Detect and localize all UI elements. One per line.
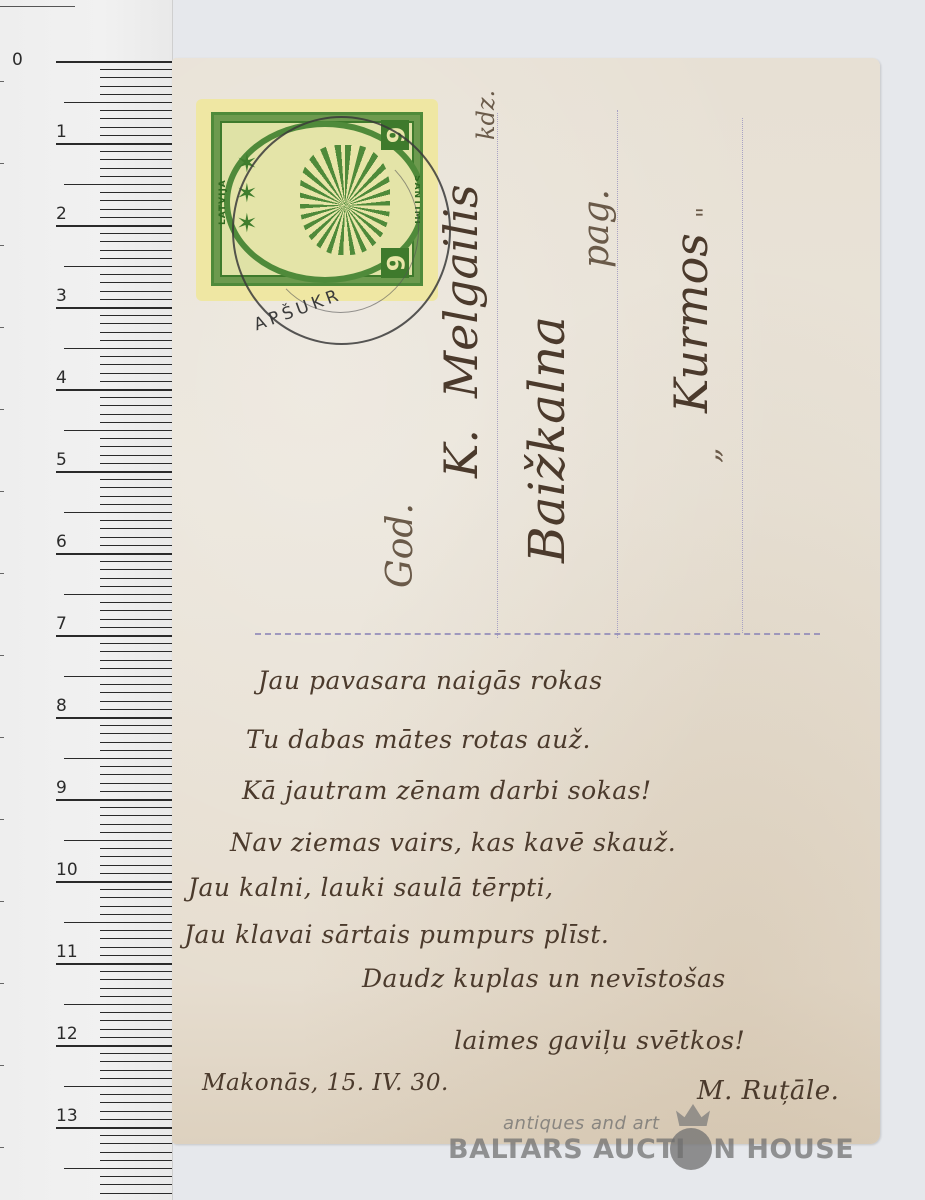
- ruler-tick: [100, 192, 172, 193]
- message-line-4: Nav ziemas vairs, kas kavē skauž.: [230, 828, 676, 857]
- ruler-tick: [56, 307, 172, 309]
- ruler-tick: [100, 274, 172, 275]
- ruler-edge-mark: [0, 901, 4, 902]
- ruler-tick: [100, 578, 172, 579]
- ruler-tick: [100, 815, 172, 816]
- ruler-tick: [100, 643, 172, 644]
- ruler-edge-mark: [0, 983, 4, 984]
- message-line-6: Jau klavai sārtais pumpurs plīst.: [184, 920, 609, 949]
- ruler-tick: [100, 627, 172, 628]
- ruler-tick: [64, 266, 172, 267]
- ruler-tick: [100, 930, 172, 931]
- ruler-edge-mark: [0, 655, 4, 656]
- ruler-tick: [100, 463, 172, 464]
- ruler-label: 1: [56, 124, 67, 141]
- ruler-label: 5: [56, 452, 67, 469]
- ruler-tick: [100, 438, 172, 439]
- ruler-tick: [100, 873, 172, 874]
- ruler-tick: [100, 1053, 172, 1054]
- ruler-tick: [56, 799, 172, 801]
- address-parish: Baižkalna: [518, 316, 576, 563]
- ruler-tick: [100, 733, 172, 734]
- ruler-tick: [100, 824, 172, 825]
- ruler-tick: [100, 651, 172, 652]
- ruler-label: 7: [56, 616, 67, 633]
- ruler-tick: [100, 1176, 172, 1177]
- ruler-tick: [64, 922, 172, 923]
- message-line-3: Kā jautram zēnam darbi sokas!: [242, 776, 652, 805]
- ruler-label: 11: [56, 944, 78, 961]
- ruler-tick: [100, 364, 172, 365]
- ruler-tick: [100, 1193, 172, 1194]
- ruler-edge-mark: [0, 409, 4, 410]
- ruler-tick: [100, 774, 172, 775]
- ruler-tick: [100, 381, 172, 382]
- ruler-tick: [100, 1184, 172, 1185]
- ruler-tick: [100, 356, 172, 357]
- ruler-edge-mark: [0, 491, 4, 492]
- ruler-tick: [100, 86, 172, 87]
- ruler-tick: [100, 979, 172, 980]
- stamp-country-label: LATVIJA: [218, 179, 228, 225]
- ruler-tick: [100, 127, 172, 128]
- ruler-tick: [100, 405, 172, 406]
- ruler-edge-mark: [0, 737, 4, 738]
- watermark-tagline: antiques and art: [503, 1113, 660, 1134]
- ruler-tick: [100, 151, 172, 152]
- ruler-edge-mark: [0, 81, 4, 82]
- ruler-tick: [100, 291, 172, 292]
- ruler-tick: [100, 1160, 172, 1161]
- ruler-label: 13: [56, 1108, 78, 1125]
- ruler-tick: [100, 1094, 172, 1095]
- address-quote-open: „: [692, 447, 727, 463]
- ruler-tick: [100, 938, 172, 939]
- ruler-tick: [56, 553, 172, 555]
- ruler-label: 12: [56, 1026, 78, 1043]
- ruler-tick: [100, 422, 172, 423]
- ruler-tick: [100, 1111, 172, 1112]
- ruler-tick: [100, 159, 172, 160]
- ruler-tick: [100, 250, 172, 251]
- ruler-tick: [100, 323, 172, 324]
- message-line-1: Jau pavasara naigās rokas: [258, 666, 603, 695]
- ruler-tick: [100, 660, 172, 661]
- ruler-label: 6: [56, 534, 67, 551]
- ruler-tick: [100, 397, 172, 398]
- ruler-tick: [64, 102, 172, 103]
- ruler-tick: [64, 512, 172, 513]
- ruler-label: 3: [56, 288, 67, 305]
- ruler-edge-mark: [0, 573, 4, 574]
- ruler-label: 9: [56, 780, 67, 797]
- ruler-tick: [56, 963, 172, 965]
- ruler-tick: [100, 561, 172, 562]
- ruler-tick: [100, 1078, 172, 1079]
- ruler-tick: [100, 118, 172, 119]
- ruler-tick: [100, 668, 172, 669]
- ruler-tick: [100, 701, 172, 702]
- ruler-edge-mark: [0, 327, 4, 328]
- ruler-tick: [100, 332, 172, 333]
- ruler-tick: [64, 430, 172, 431]
- ruler-tick: [100, 1102, 172, 1103]
- ruler-label: 8: [56, 698, 67, 715]
- ruler-tick: [100, 955, 172, 956]
- ruler-edge-mark: [0, 1147, 4, 1148]
- ruler-tick: [100, 569, 172, 570]
- ruler-tick: [100, 783, 172, 784]
- ruler-tick: [100, 1020, 172, 1021]
- ruler-tick: [100, 766, 172, 767]
- ruler-tick: [100, 496, 172, 497]
- address-recipient-name: Melgailis: [434, 184, 488, 398]
- ruler-tick: [100, 1029, 172, 1030]
- ruler-tick: [100, 282, 172, 283]
- postmark-inner-arc: [262, 146, 419, 313]
- ruler-tick: [100, 1037, 172, 1038]
- greeting-line-2: laimes gaviļu svētkos!: [454, 1026, 745, 1055]
- ruler-tick: [56, 1127, 172, 1129]
- ruler-tick: [64, 758, 172, 759]
- ruler-tick: [100, 200, 172, 201]
- ruler-tick: [100, 258, 172, 259]
- ruler-tick: [100, 889, 172, 890]
- ruler-tick: [100, 750, 172, 751]
- ruler-tick: [56, 881, 172, 883]
- watermark-brand: BALTARS AUCTI N HOUSE: [448, 1134, 854, 1165]
- ruler-tick: [100, 233, 172, 234]
- ruler-tick: [100, 1012, 172, 1013]
- ruler-tick: [100, 1119, 172, 1120]
- ruler-tick: [100, 610, 172, 611]
- ruler-tick: [100, 168, 172, 169]
- ruler-tick: [100, 135, 172, 136]
- ruler-tick: [100, 414, 172, 415]
- ruler-edge-mark: [0, 819, 4, 820]
- ruler-tick: [100, 504, 172, 505]
- ruler-tick: [100, 906, 172, 907]
- ruler-tick: [100, 110, 172, 111]
- ruler-tick: [100, 725, 172, 726]
- ruler-edge-mark: [0, 1065, 4, 1066]
- ruler-edge-mark: [0, 245, 4, 246]
- address-honorific: God.: [380, 503, 421, 588]
- ruler-label: 4: [56, 370, 67, 387]
- ruler-tick: [56, 717, 172, 719]
- address-recipient-suffix: kdz.: [472, 90, 500, 140]
- ruler-tick: [56, 389, 172, 391]
- ruler-tick: [100, 528, 172, 529]
- ruler-top-line: [0, 6, 75, 7]
- message-divider-line: [255, 633, 820, 635]
- address-quote-close: ": [692, 207, 720, 218]
- ruler: 012345678910111213: [0, 0, 173, 1200]
- ruler-tick: [100, 1152, 172, 1153]
- ruler-tick: [64, 1168, 172, 1169]
- ruler-label: 2: [56, 206, 67, 223]
- ruler-tick: [100, 971, 172, 972]
- ruler-tick: [100, 619, 172, 620]
- ruler-tick: [100, 373, 172, 374]
- ruler-tick: [100, 856, 172, 857]
- ruler-tick: [100, 545, 172, 546]
- ruler-tick: [100, 77, 172, 78]
- ruler-tick: [64, 1004, 172, 1005]
- ruler-tick: [56, 143, 172, 145]
- ruler-tick: [100, 487, 172, 488]
- ruler-tick: [100, 299, 172, 300]
- ruler-label: 10: [56, 862, 78, 879]
- ruler-tick: [100, 988, 172, 989]
- ruler-tick: [100, 455, 172, 456]
- ruler-tick: [64, 348, 172, 349]
- ruler-tick: [56, 635, 172, 637]
- ruler-tick: [56, 1045, 172, 1047]
- ruler-tick: [56, 61, 172, 63]
- ruler-tick: [100, 94, 172, 95]
- ruler-tick: [64, 594, 172, 595]
- address-guide-line-1: [497, 113, 498, 638]
- ruler-tick: [100, 586, 172, 587]
- ruler-tick: [100, 832, 172, 833]
- ruler-tick: [100, 791, 172, 792]
- ruler-tick: [100, 1070, 172, 1071]
- ruler-tick: [56, 471, 172, 473]
- ruler-tick: [100, 340, 172, 341]
- ruler-tick: [64, 1086, 172, 1087]
- postcard-back: ✶✶✶ 6 6 LATVIJA SANTIMI APŠUKR God. K. M…: [172, 58, 880, 1144]
- ruler-tick: [100, 209, 172, 210]
- ruler-edge-mark: [0, 163, 4, 164]
- greeting-line-1: Daudz kuplas un nevīstošas: [362, 964, 726, 993]
- ruler-tick: [100, 684, 172, 685]
- ruler-tick: [100, 897, 172, 898]
- ruler-tick: [100, 176, 172, 177]
- ruler-tick: [100, 602, 172, 603]
- ruler-tick: [100, 692, 172, 693]
- ruler-tick: [64, 676, 172, 677]
- ruler-label: 0: [12, 52, 23, 69]
- ruler-tick: [100, 537, 172, 538]
- ruler-tick: [100, 848, 172, 849]
- address-initial: K.: [434, 429, 488, 478]
- address-guide-line-3: [742, 118, 743, 633]
- ruler-tick: [64, 184, 172, 185]
- address-guide-line-2: [617, 110, 618, 638]
- ruler-tick: [100, 315, 172, 316]
- ruler-tick: [100, 479, 172, 480]
- place-and-date: Makonās, 15. IV. 30.: [202, 1070, 449, 1096]
- ruler-tick: [100, 709, 172, 710]
- address-parish-suffix: pag.: [576, 189, 617, 268]
- ruler-tick: [100, 446, 172, 447]
- ruler-tick: [100, 742, 172, 743]
- ruler-tick: [64, 840, 172, 841]
- message-line-2: Tu dabas mātes rotas auž.: [246, 725, 591, 754]
- ruler-tick: [100, 241, 172, 242]
- address-farm-name: Kurmos: [664, 233, 718, 413]
- ruler-tick: [100, 1135, 172, 1136]
- message-line-5: Jau kalni, lauki saulā tērpti,: [188, 873, 554, 902]
- ruler-tick: [100, 1061, 172, 1062]
- ruler-tick: [100, 865, 172, 866]
- ruler-tick: [56, 225, 172, 227]
- ruler-tick: [100, 947, 172, 948]
- ruler-tick: [100, 807, 172, 808]
- ruler-tick: [100, 69, 172, 70]
- ruler-tick: [100, 1143, 172, 1144]
- ruler-tick: [100, 996, 172, 997]
- ruler-tick: [100, 520, 172, 521]
- signature: M. Ruțāle.: [697, 1076, 839, 1106]
- ruler-tick: [100, 217, 172, 218]
- ruler-tick: [100, 914, 172, 915]
